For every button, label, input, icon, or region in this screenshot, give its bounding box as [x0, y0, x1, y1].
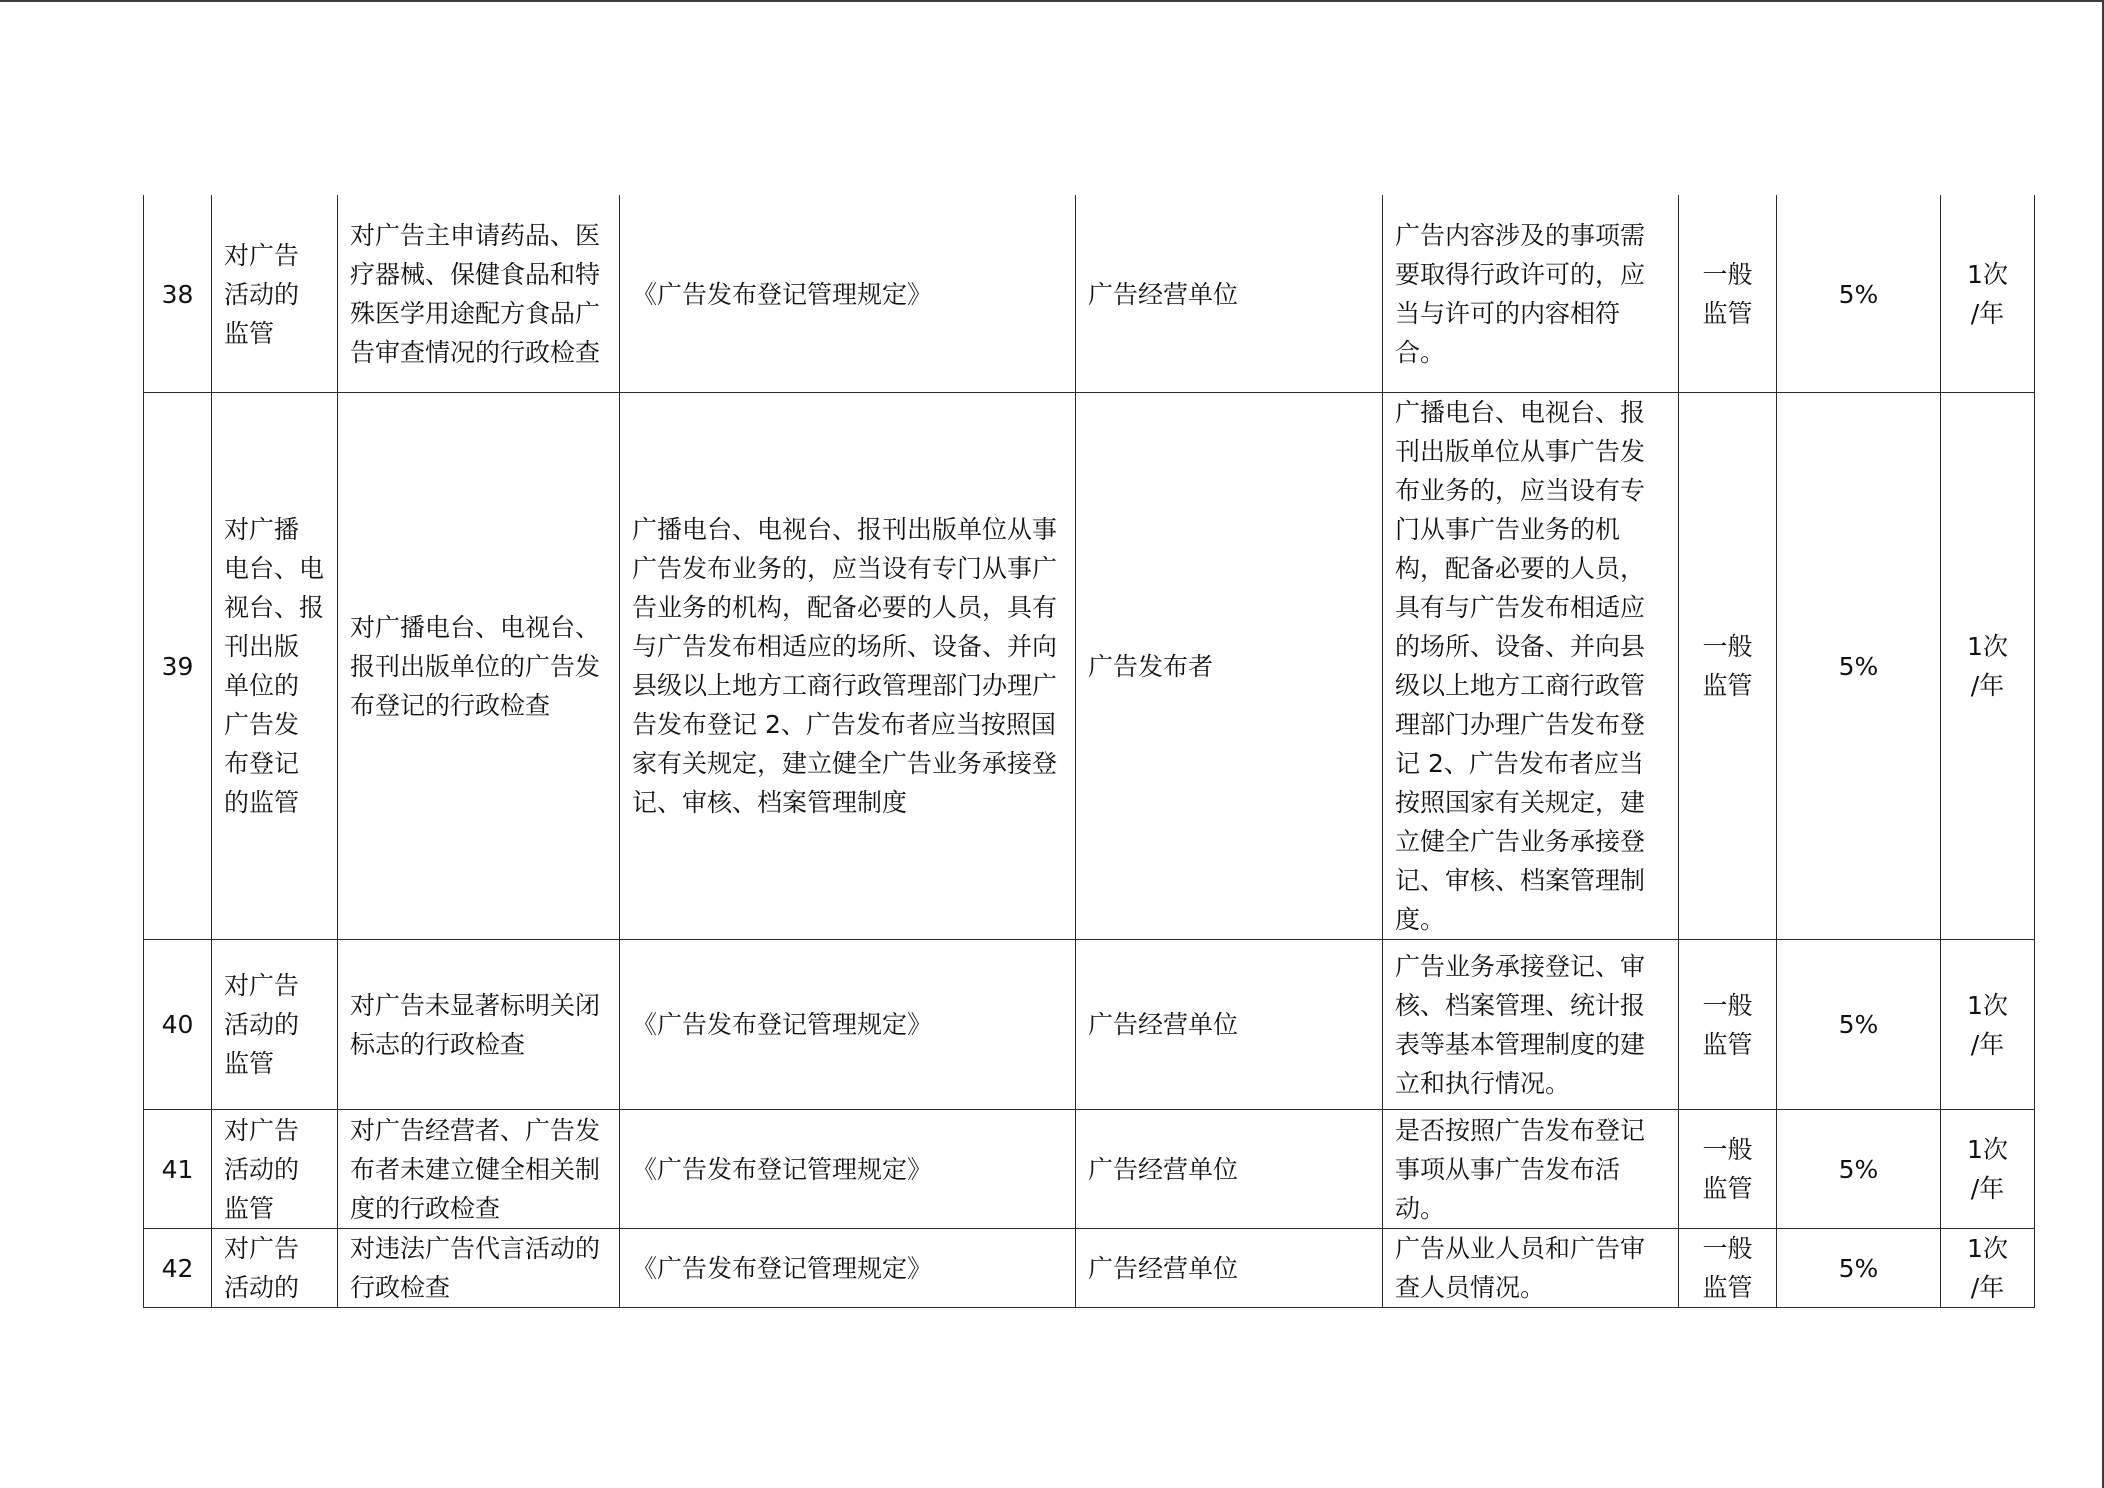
legal-basis: 广播电台、电视台、报刊出版单位从事广告发布业务的，应当设有专门从事广告业务的机构… — [620, 393, 1076, 940]
inspection-frequency: 1次 /年 — [1941, 1110, 2035, 1229]
table-row: 39 对广播 电台、电 视台、报 刊出版 单位的 广告发 布登记 的监管 对广播… — [144, 393, 2035, 940]
inspected-subject: 广告经营单位 — [1076, 1110, 1383, 1229]
sampling-ratio: 5% — [1777, 1229, 1941, 1308]
sampling-ratio: 5% — [1777, 393, 1941, 940]
inspected-subject: 广告经营单位 — [1076, 1229, 1383, 1308]
legal-basis: 《广告发布登记管理规定》 — [620, 940, 1076, 1110]
inspection-frequency: 1次 /年 — [1941, 393, 2035, 940]
inspection-content: 广告内容涉及的事项需要取得行政许可的，应当与许可的内容相符合。 — [1383, 196, 1679, 393]
supervision-category: 对广播 电台、电 视台、报 刊出版 单位的 广告发 布登记 的监管 — [212, 393, 338, 940]
row-number: 38 — [144, 196, 212, 393]
table-row: 41 对广告 活动的 监管 对广告经营者、广告发布者未建立健全相关制度的行政检查… — [144, 1110, 2035, 1229]
inspection-item: 对广告主申请药品、医疗器械、保健食品和特殊医学用途配方食品广告审查情况的行政检查 — [338, 196, 620, 393]
supervision-level: 一般 监管 — [1679, 940, 1777, 1110]
legal-basis: 《广告发布登记管理规定》 — [620, 1229, 1076, 1308]
row-number: 41 — [144, 1110, 212, 1229]
row-number: 42 — [144, 1229, 212, 1308]
supervision-level: 一般 监管 — [1679, 196, 1777, 393]
inspected-subject: 广告发布者 — [1076, 393, 1383, 940]
inspection-content: 是否按照广告发布登记事项从事广告发布活动。 — [1383, 1110, 1679, 1229]
supervision-level: 一般 监管 — [1679, 1229, 1777, 1308]
supervision-level: 一般 监管 — [1679, 393, 1777, 940]
sampling-ratio: 5% — [1777, 940, 1941, 1110]
table-row: 42 对广告 活动的 对违法广告代言活动的行政检查 《广告发布登记管理规定》 广… — [144, 1229, 2035, 1308]
inspected-subject: 广告经营单位 — [1076, 196, 1383, 393]
supervision-category: 对广告 活动的 监管 — [212, 940, 338, 1110]
legal-basis: 《广告发布登记管理规定》 — [620, 1110, 1076, 1229]
row-number: 39 — [144, 393, 212, 940]
inspection-item: 对广播电台、电视台、报刊出版单位的广告发布登记的行政检查 — [338, 393, 620, 940]
inspection-frequency: 1次 /年 — [1941, 940, 2035, 1110]
inspection-item: 对违法广告代言活动的行政检查 — [338, 1229, 620, 1308]
table-row: 38 对广告 活动的 监管 对广告主申请药品、医疗器械、保健食品和特殊医学用途配… — [144, 196, 2035, 393]
legal-basis: 《广告发布登记管理规定》 — [620, 196, 1076, 393]
inspection-item: 对广告未显著标明关闭标志的行政检查 — [338, 940, 620, 1110]
inspection-item: 对广告经营者、广告发布者未建立健全相关制度的行政检查 — [338, 1110, 620, 1229]
inspection-content: 广播电台、电视台、报刊出版单位从事广告发布业务的，应当设有专门从事广告业务的机构… — [1383, 393, 1679, 940]
supervision-category: 对广告 活动的 监管 — [212, 196, 338, 393]
inspection-frequency: 1次 /年 — [1941, 196, 2035, 393]
sampling-ratio: 5% — [1777, 1110, 1941, 1229]
page-top-border — [0, 0, 2104, 2]
supervision-level: 一般 监管 — [1679, 1110, 1777, 1229]
inspection-frequency: 1次 /年 — [1941, 1229, 2035, 1308]
sampling-ratio: 5% — [1777, 196, 1941, 393]
inspection-content: 广告业务承接登记、审核、档案管理、统计报表等基本管理制度的建立和执行情况。 — [1383, 940, 1679, 1110]
supervision-category: 对广告 活动的 — [212, 1229, 338, 1308]
row-number: 40 — [144, 940, 212, 1110]
supervision-category: 对广告 活动的 监管 — [212, 1110, 338, 1229]
inspected-subject: 广告经营单位 — [1076, 940, 1383, 1110]
inspection-items-table: 38 对广告 活动的 监管 对广告主申请药品、医疗器械、保健食品和特殊医学用途配… — [143, 195, 2035, 1308]
table-row: 40 对广告 活动的 监管 对广告未显著标明关闭标志的行政检查 《广告发布登记管… — [144, 940, 2035, 1110]
inspection-content: 广告从业人员和广告审查人员情况。 — [1383, 1229, 1679, 1308]
